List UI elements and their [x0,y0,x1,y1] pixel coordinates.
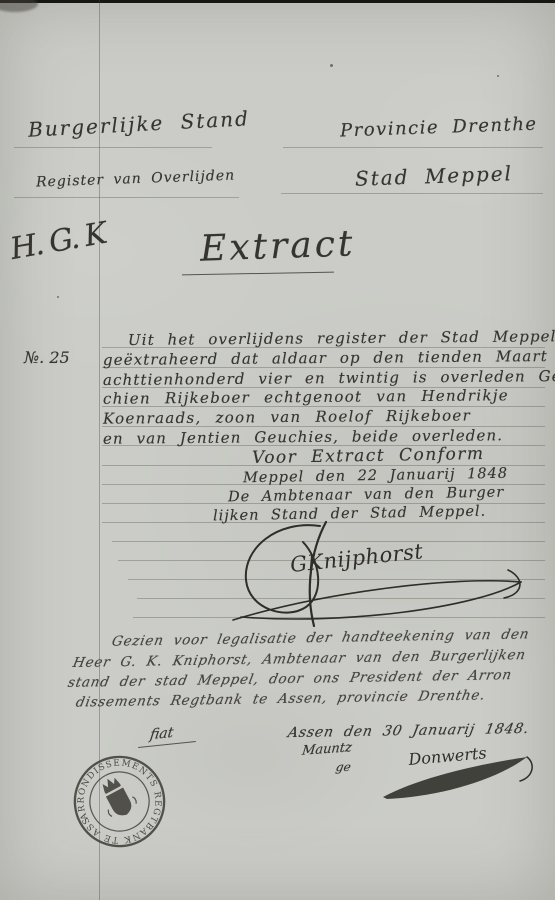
legalization-line: Gezien voor legalisatie der handteekenin… [110,626,530,649]
countersign-initials: ge [335,760,352,774]
ink-speck [330,64,333,67]
act-number: №. 25 [24,348,70,367]
corner-smudge [0,0,38,12]
crowned-coat-of-arms-icon [94,772,140,822]
body-line: Koenraads, zoon van Roelof Rijkeboer [103,406,471,427]
ink-speck [497,75,499,77]
official-signature: GKnijphorst [225,520,535,630]
ink-speck [57,296,59,298]
countersign-small: Mauntz [301,740,352,759]
fee-note: fiat [149,725,174,744]
president-signature: Donwerts [375,735,540,810]
document-title: Extract [199,223,356,269]
header-right-line1: Provincie Drenthe [340,114,538,142]
header-underline [283,147,543,148]
scan-top-edge [0,0,555,3]
margin-monogram: H. G. K [8,216,108,267]
legalization-line: dissements Regtbank te Assen, provincie … [74,687,486,710]
official-signature-name: GKnijphorst [289,539,424,577]
body-line: chien Rijkeboer echtgenoot van Hendrikje [103,386,509,408]
court-stamp: ARRONDISSEMENTS REGTBANK TE ASSEN [54,736,185,867]
header-underline [14,197,239,198]
president-signature-name: Donwerts [407,743,488,769]
header-underline [14,147,212,148]
scanned-document: Burgerlijke Stand Register van Overlijde… [0,0,555,900]
header-underline [281,193,543,194]
body-line: geëxtraheerd dat aldaar op den tienden M… [103,347,548,369]
body-line: Uit het overlijdens register der Stad Me… [128,327,555,349]
title-underline [182,272,334,276]
closing-line: Voor Extract Conform [252,444,485,468]
header-left-line1: Burgerlijke Stand [28,106,251,142]
header-right-line2: Stad Meppel [355,161,514,190]
header-left-line2: Register van Overlijden [36,168,236,191]
fee-note-underline [138,741,196,748]
